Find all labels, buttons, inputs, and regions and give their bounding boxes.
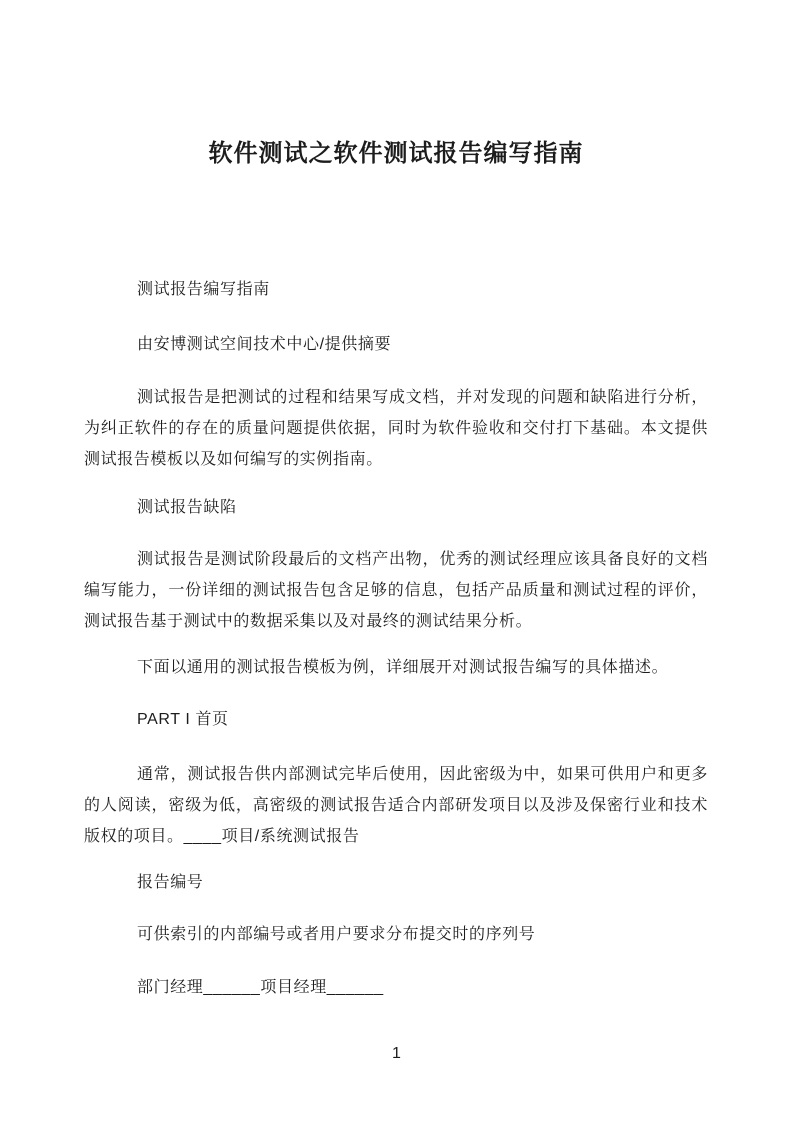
document-page: 软件测试之软件测试报告编写指南 测试报告编写指南 由安博测试空间技术中心/提供摘… — [84, 0, 708, 1003]
doc-line-manager-signatures: 部门经理______项目经理______ — [84, 972, 708, 1003]
doc-paragraph-intro: 测试报告是把测试的过程和结果写成文档，并对发现的问题和缺陷进行分析，为纠正软件的… — [84, 382, 708, 475]
doc-heading-part-1-front-page: PART I 首页 — [84, 704, 708, 735]
doc-heading-report-defects: 测试报告缺陷 — [84, 492, 708, 523]
doc-byline-source: 由安博测试空间技术中心/提供摘要 — [84, 329, 708, 360]
doc-heading-report-number: 报告编号 — [84, 867, 708, 898]
doc-paragraph-template-lead-in: 下面以通用的测试报告模板为例，详细展开对测试报告编写的具体描述。 — [84, 652, 708, 683]
doc-paragraph-serial-number: 可供索引的内部编号或者用户要求分布提交时的序列号 — [84, 919, 708, 950]
doc-heading-report-writing-guide: 测试报告编写指南 — [84, 274, 708, 305]
document-title: 软件测试之软件测试报告编写指南 — [84, 138, 708, 170]
doc-paragraph-confidentiality: 通常，测试报告供内部测试完毕后使用，因此密级为中，如果可供用户和更多的人阅读，密… — [84, 759, 708, 852]
doc-paragraph-report-defects: 测试报告是测试阶段最后的文档产出物，优秀的测试经理应该具备良好的文档编写能力，一… — [84, 544, 708, 637]
page-number: 1 — [0, 1044, 793, 1064]
